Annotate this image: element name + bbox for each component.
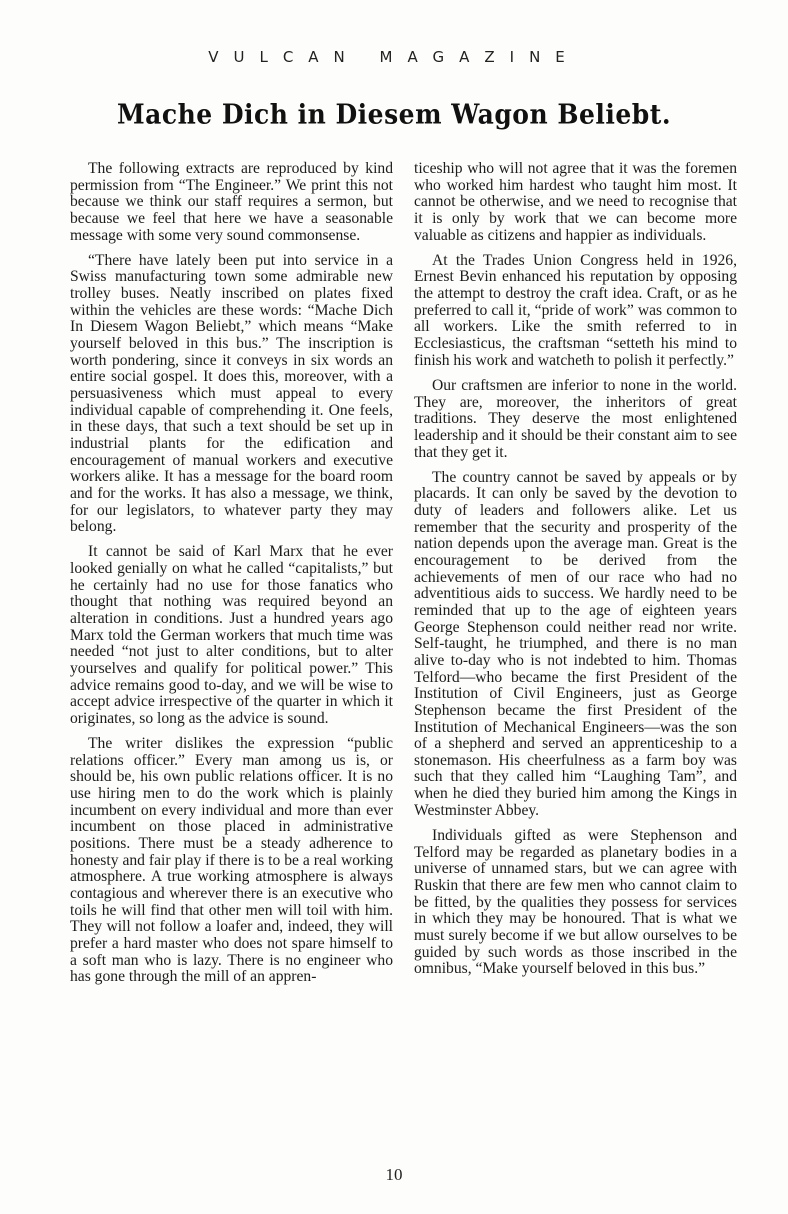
paragraph: It cannot be said of Karl Marx that he e… [70, 544, 393, 727]
page-number: 10 [0, 1165, 788, 1185]
magazine-masthead: VULCAN MAGAZINE [0, 48, 788, 66]
paragraph: The writer dislikes the expression “publ… [70, 736, 393, 986]
paragraph: The following extracts are reproduced by… [70, 161, 393, 244]
paragraph: At the Trades Union Congress held in 192… [414, 253, 737, 370]
paragraph-continued: ticeship who will not agree that it was … [414, 161, 737, 244]
article-title: Mache Dich in Diesem Wagon Beliebt. [0, 99, 788, 130]
paragraph: The country cannot be saved by appeals o… [414, 470, 737, 820]
paragraph: “There have lately been put into service… [70, 253, 393, 536]
paragraph: Our craftsmen are inferior to none in th… [414, 378, 737, 461]
right-column: ticeship who will not agree that it was … [414, 161, 737, 986]
paragraph: Individuals gifted as were Stephenson an… [414, 828, 737, 978]
left-column: The following extracts are reproduced by… [70, 161, 393, 995]
